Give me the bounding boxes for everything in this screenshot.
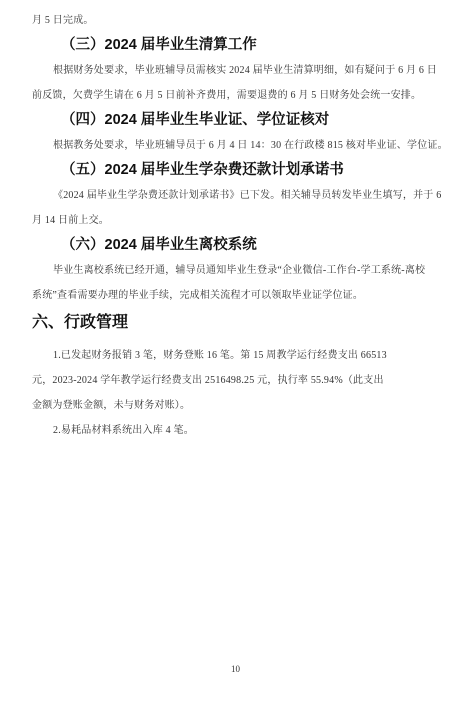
paragraph-line: 根据教务处要求，毕业班辅导员于 6 月 4 日 14：30 在行政楼 815 核… — [32, 133, 440, 158]
section-heading: （五）2024 届毕业生学杂费还款计划承诺书 — [32, 158, 440, 183]
document-content: 月 5 日完成。（三）2024 届毕业生清算工作根据财务处要求，毕业班辅导员需核… — [32, 0, 440, 443]
paragraph: 月 5 日完成。 — [32, 8, 440, 33]
paragraph: 《2024 届毕业生学杂费还款计划承诺书》已下发。相关辅导员转发毕业生填写，并于… — [32, 183, 440, 233]
page-number: 10 — [231, 664, 240, 674]
paragraph-line: 元，2023-2024 学年教学运行经费支出 2516498.25 元，执行率 … — [32, 368, 440, 393]
paragraph: 毕业生离校系统已经开通，辅导员通知毕业生登录“企业微信-工作台-学工系统-离校系… — [32, 258, 440, 308]
page-footer: 10 — [0, 664, 471, 674]
paragraph-line: 根据财务处要求，毕业班辅导员需核实 2024 届毕业生清算明细，如有疑问于 6 … — [32, 58, 440, 83]
section-heading: （三）2024 届毕业生清算工作 — [32, 33, 440, 58]
paragraph-line: 《2024 届毕业生学杂费还款计划承诺书》已下发。相关辅导员转发毕业生填写，并于… — [32, 183, 440, 208]
paragraph-line: 1.已发起财务报销 3 笔，财务登账 16 笔。第 15 周教学运行经费支出 6… — [32, 343, 440, 368]
paragraph: 根据教务处要求，毕业班辅导员于 6 月 4 日 14：30 在行政楼 815 核… — [32, 133, 440, 158]
section-heading: （四）2024 届毕业生毕业证、学位证核对 — [32, 108, 440, 133]
paragraph-line: 系统”查看需要办理的毕业手续，完成相关流程才可以领取毕业证学位证。 — [32, 283, 440, 308]
paragraph-line: 金额为登账金额，未与财务对账）。 — [32, 393, 440, 418]
chapter-heading: 六、行政管理 — [32, 308, 440, 338]
paragraph-line: 毕业生离校系统已经开通，辅导员通知毕业生登录“企业微信-工作台-学工系统-离校 — [32, 258, 440, 283]
paragraph: 2.易耗品材料系统出入库 4 笔。 — [32, 418, 440, 443]
document-page: { "page": { "background_color": "#ffffff… — [0, 0, 471, 705]
paragraph-line: 2.易耗品材料系统出入库 4 笔。 — [32, 418, 440, 443]
paragraph-line: 月 14 日前上交。 — [32, 208, 440, 233]
paragraph: 根据财务处要求，毕业班辅导员需核实 2024 届毕业生清算明细，如有疑问于 6 … — [32, 58, 440, 108]
paragraph-line: 月 5 日完成。 — [32, 8, 440, 33]
paragraph-line: 前反馈，欠费学生请在 6 月 5 日前补齐费用，需要退费的 6 月 5 日财务处… — [32, 83, 440, 108]
section-heading: （六）2024 届毕业生离校系统 — [32, 233, 440, 258]
paragraph: 1.已发起财务报销 3 笔，财务登账 16 笔。第 15 周教学运行经费支出 6… — [32, 343, 440, 418]
